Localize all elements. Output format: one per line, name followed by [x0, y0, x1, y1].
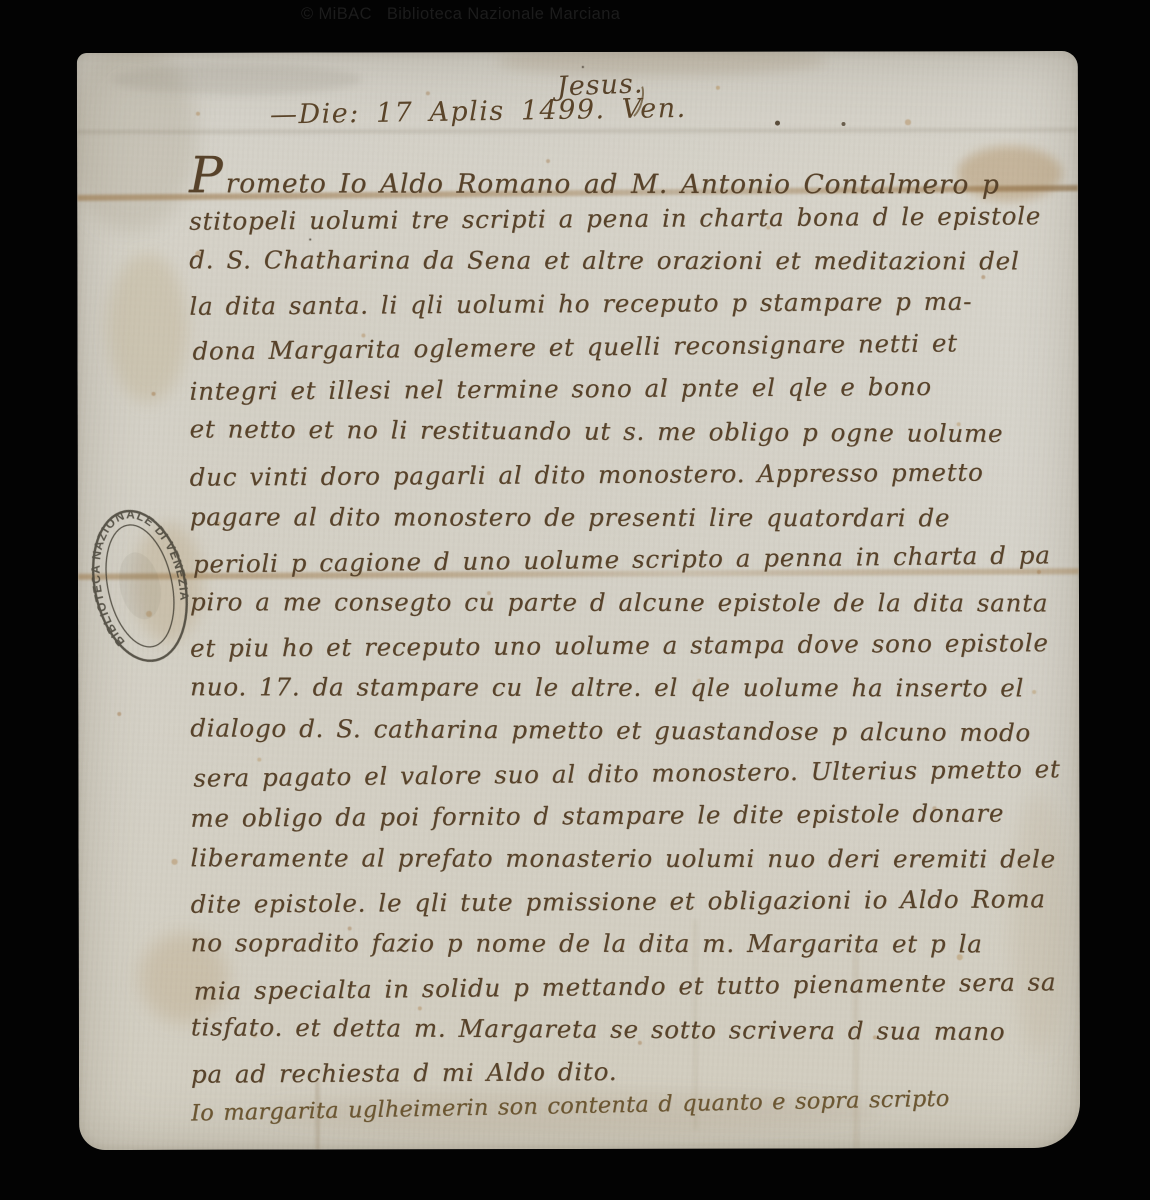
stamp-center-smudge — [113, 548, 166, 623]
manuscript-line: liberamente al prefato monasterio uolumi… — [191, 837, 1076, 881]
manuscript-body: Prometo Io Aldo Romano ad M. Antonio Con… — [189, 154, 1076, 1128]
copyright-watermark: © MiBAC Biblioteca Nazionale Marciana — [301, 5, 620, 24]
manuscript-line: Prometo Io Aldo Romano ad M. Antonio Con… — [189, 154, 1074, 198]
manuscript-line: pagare al dito monostero de presenti lir… — [190, 496, 1075, 540]
manuscript-line: mia specialta in solidu p mettando et tu… — [194, 961, 1079, 1013]
manuscript-line: la dita santa. li qli uolumi ho receputo… — [189, 280, 1074, 328]
manuscript-line: d. S. Chatharina da Sena et altre orazio… — [189, 240, 1074, 284]
manuscript-line: perioli p cagione d uno uolume scripto a… — [193, 534, 1078, 586]
manuscript-line: no sopradito fazio p nome de la dita m. … — [191, 923, 1076, 967]
manuscript-line: nuo. 17. da stampare cu le altre. el qle… — [190, 667, 1075, 711]
manuscript-line: piro a me consegto cu parte d alcune epi… — [190, 581, 1075, 625]
manuscript-line: me obligo da poi fornito d stampare le d… — [190, 792, 1075, 840]
manuscript-line: et netto et no li restituando ut s. me o… — [190, 408, 1075, 456]
manuscript-line: dite epistole. le qli tute pmissione et … — [191, 878, 1076, 926]
manuscript-line: duc vinti doro pagarli al dito monostero… — [190, 451, 1075, 499]
manuscript-line: et piu ho et receputo uno uolume a stamp… — [190, 622, 1075, 670]
photo-stage: © MiBAC Biblioteca Nazionale Marciana Je… — [0, 0, 1150, 1200]
manuscript-line: tisfato. et detta m. Margareta se sotto … — [191, 1006, 1076, 1054]
ink-dots — [77, 53, 80, 56]
manuscript-page: Jesus. —Die: 17 Aplis 1499. Ven. Prometo… — [77, 51, 1080, 1150]
manuscript-line: integri et illesi nel termine sono al pn… — [189, 365, 1074, 413]
manuscript-line: stitopeli uolumi tre scripti a pena in c… — [189, 195, 1074, 243]
manuscript-line: dialogo d. S. catharina pmetto et guasta… — [190, 707, 1075, 755]
